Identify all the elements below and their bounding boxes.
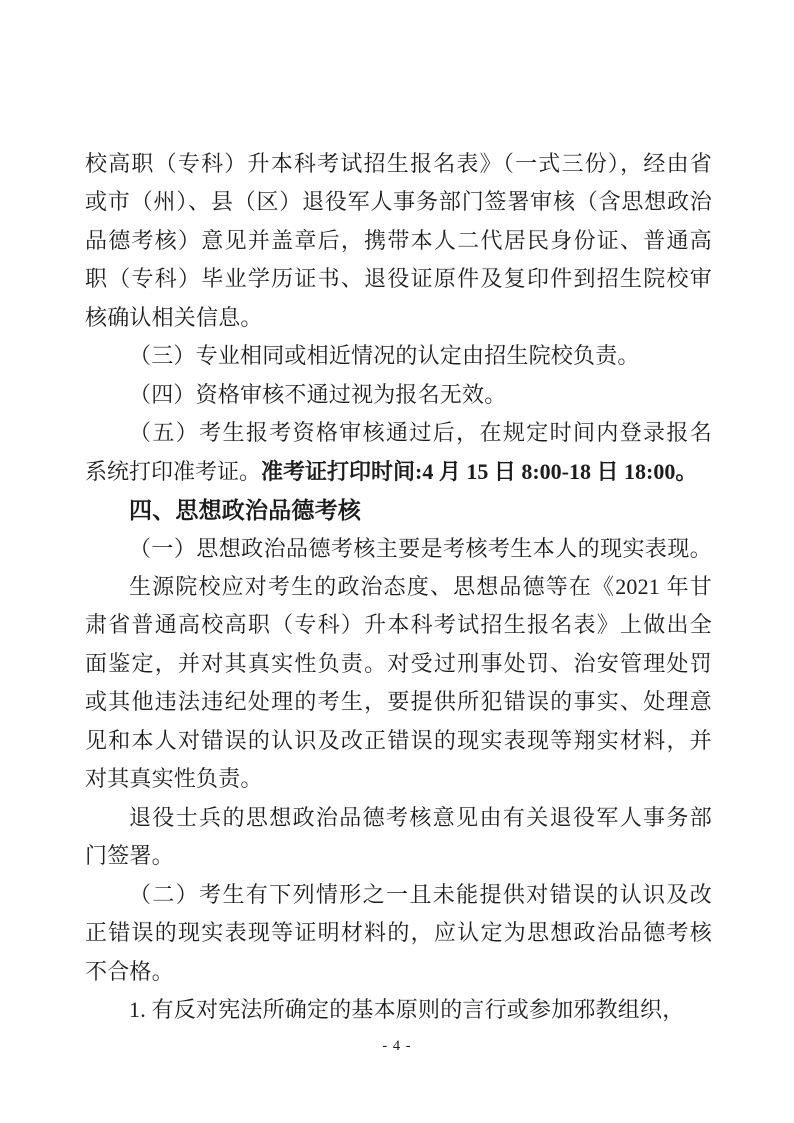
text-line: 不合格。 (85, 953, 712, 991)
text-segment: 系统打印准考证。 (85, 459, 261, 484)
text-segment: 肃省普通高校高职（专科）升本科考试招生报名表》上做出全 (85, 612, 712, 637)
text-segment: 核确认相关信息。 (85, 305, 263, 330)
text-segment: 正错误的现实表现等证明材料的，应认定为思想政治品德考核 (85, 920, 712, 945)
text-segment: （三）专业相同或相近情况的认定由招生院校负责。 (129, 343, 640, 368)
text-line: 或其他违法违纪处理的考生，要提供所犯错误的事实、处理意 (85, 683, 712, 721)
text-segment: （一）思想政治品德考核主要是考核考生本人的现实表现。 (129, 536, 712, 561)
text-line: （五）考生报考资格审核通过后，在规定时间内登录报名 (85, 414, 712, 452)
text-line: 见和本人对错误的认识及改正错误的现实表现等翔实材料，并 (85, 722, 712, 760)
text-segment: 见和本人对错误的认识及改正错误的现实表现等翔实材料，并 (85, 728, 712, 753)
text-line: 面鉴定，并对其真实性负责。对受过刑事处罚、治安管理处罚 (85, 645, 712, 683)
text-line: （四）资格审核不通过视为报名无效。 (85, 376, 712, 414)
text-line: 系统打印准考证。准考证打印时间:4 月 15 日 8:00-18 日 18:00… (85, 453, 712, 491)
text-segment: （二）考生有下列情形之一且未能提供对错误的认识及改 (129, 882, 712, 907)
page-number: - 4 - (0, 1038, 794, 1055)
text-segment: （四）资格审核不通过视为报名无效。 (129, 382, 506, 407)
text-line: 正错误的现实表现等证明材料的，应认定为思想政治品德考核 (85, 914, 712, 952)
bold-text-segment: 准考证打印时间:4 月 15 日 8:00-18 日 18:00。 (261, 459, 697, 484)
text-line: 品德考核）意见并盖章后，携带本人二代居民身份证、普通高 (85, 222, 712, 260)
section-heading: 四、思想政治品德考核 (85, 491, 712, 529)
text-line: （二）考生有下列情形之一且未能提供对错误的认识及改 (85, 876, 712, 914)
text-segment: 四、思想政治品德考核 (129, 497, 361, 523)
text-segment: 或其他违法违纪处理的考生，要提供所犯错误的事实、处理意 (85, 689, 712, 714)
text-segment: （五）考生报考资格审核通过后，在规定时间内登录报名 (129, 420, 712, 445)
text-segment: 退役士兵的思想政治品德考核意见由有关退役军人事务部 (129, 805, 712, 830)
text-line: 1. 有反对宪法所确定的基本原则的言行或参加邪教组织， (85, 991, 712, 1029)
text-line: （一）思想政治品德考核主要是考核考生本人的现实表现。 (85, 530, 712, 568)
text-segment: 校高职（专科）升本科考试招生报名表》（一式三份），经由省 (85, 151, 712, 176)
text-line: 或市（州）、县（区）退役军人事务部门签署审核（含思想政治 (85, 183, 712, 221)
text-line: 职（专科）毕业学历证书、退役证原件及复印件到招生院校审 (85, 260, 712, 298)
text-line: 对其真实性负责。 (85, 760, 712, 798)
text-line: （三）专业相同或相近情况的认定由招生院校负责。 (85, 337, 712, 375)
text-segment: 品德考核）意见并盖章后，携带本人二代居民身份证、普通高 (85, 228, 712, 253)
document-body: 校高职（专科）升本科考试招生报名表》（一式三份），经由省或市（州）、县（区）退役… (85, 145, 712, 1029)
text-segment: 门签署。 (85, 843, 174, 868)
text-segment: 或市（州）、县（区）退役军人事务部门签署审核（含思想政治 (85, 189, 712, 214)
text-line: 门签署。 (85, 837, 712, 875)
text-segment: 生源院校应对考生的政治态度、思想品德等在《2021 年甘 (129, 574, 712, 599)
text-line: 核确认相关信息。 (85, 299, 712, 337)
text-segment: 不合格。 (85, 959, 174, 984)
document-page: 校高职（专科）升本科考试招生报名表》（一式三份），经由省或市（州）、县（区）退役… (0, 0, 794, 1123)
text-segment: 面鉴定，并对其真实性负责。对受过刑事处罚、治安管理处罚 (85, 651, 712, 676)
text-segment: 对其真实性负责。 (85, 766, 263, 791)
text-segment: 1. 有反对宪法所确定的基本原则的言行或参加邪教组织， (129, 997, 684, 1022)
text-line: 退役士兵的思想政治品德考核意见由有关退役军人事务部 (85, 799, 712, 837)
text-line: 肃省普通高校高职（专科）升本科考试招生报名表》上做出全 (85, 606, 712, 644)
text-segment: 职（专科）毕业学历证书、退役证原件及复印件到招生院校审 (85, 266, 712, 291)
text-line: 校高职（专科）升本科考试招生报名表》（一式三份），经由省 (85, 145, 712, 183)
text-line: 生源院校应对考生的政治态度、思想品德等在《2021 年甘 (85, 568, 712, 606)
